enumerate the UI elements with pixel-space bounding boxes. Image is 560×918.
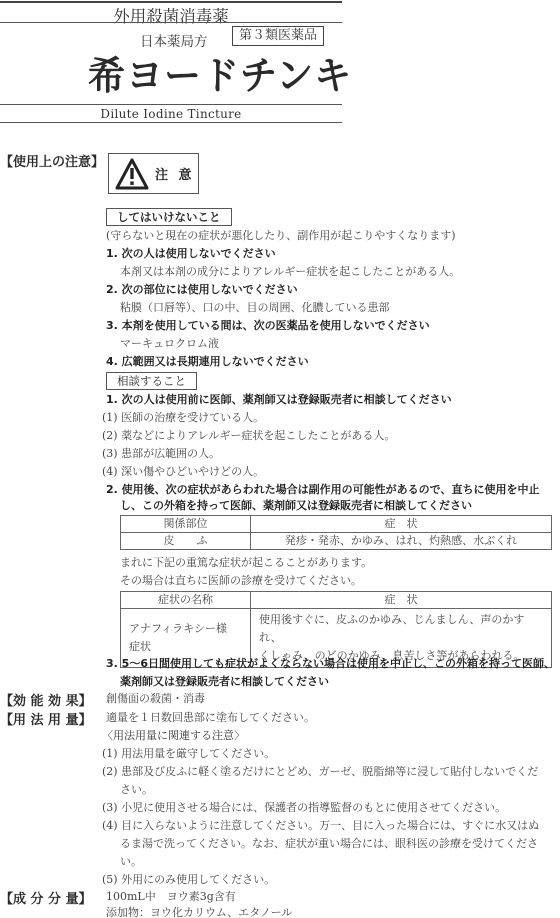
table-header-cell: 症状の名称 [121, 592, 251, 609]
prohibited-item-3-title: 3. 本剤を使用している間は、次の医薬品を使用しないでください [106, 318, 430, 333]
dosage-note-3: (3) 小児に使用させる場合には、保護者の指導監督のもとに使用させてください。 [102, 800, 506, 815]
prohibited-item-1-title: 1. 次の人は使用しないでください [106, 246, 276, 261]
table-header-row: 症状の名称 症 状 [121, 592, 552, 609]
consult-heading: 相談すること [106, 372, 197, 390]
caution-label: 注 意 [155, 164, 195, 183]
symptom-name-line2: 症状 [129, 638, 242, 656]
prohibited-note: (守らないと現在の症状が悪化したり、副作用が起こりやすくなります) [106, 228, 456, 243]
serious-note-line2: その場合は直ちに医師の診療を受けてください。 [120, 573, 362, 588]
efficacy-section-label: 【効 能 効 果】 [0, 690, 92, 709]
side-effects-table: 関係部位 症 状 皮 ふ 発疹・発赤、かゆみ、はれ、灼熱感、水ぶくれ [120, 515, 552, 550]
table-header-cell: 症 状 [251, 592, 552, 609]
consult-item-3-line1: 3. 5～6日間使用しても症状がよくならない場合は使用を中止し、この外箱を持って… [106, 656, 555, 671]
prohibited-heading: してはいけないこと [106, 208, 232, 226]
prohibited-item-1-detail: 本剤又は本剤の成分によりアレルギー症状を起こしたことがある人。 [120, 264, 460, 279]
efficacy-text: 創傷面の殺菌・消毒 [106, 691, 205, 706]
table-header-row: 関係部位 症 状 [121, 516, 552, 533]
prohibited-item-2-detail: 粘膜（口唇等）、口の中、目の周囲、化膿している患部 [120, 300, 390, 315]
table-cell: 発疹・発赤、かゆみ、はれ、灼熱感、水ぶくれ [251, 533, 552, 550]
product-category: 外用殺菌消毒薬 [0, 3, 342, 27]
dosage-note-4-line1: (4) 目に入らないように注意してください。万一、目に入った場合には、すぐに水又… [102, 818, 539, 833]
consult-item-2-title-line2: し、この外箱を持って医師、薬剤師又は登録販売者に相談してください [120, 498, 472, 513]
serious-note-line1: まれに下記の重篤な症状が起こることがあります。 [120, 555, 372, 570]
dosage-related-heading: 〈用法用量に関連する注意〉 [102, 728, 245, 743]
symptom-detail-line1: 使用後すぐに、皮ふのかゆみ、じんましん、声のかすれ、 [259, 611, 543, 647]
english-name: Dilute Iodine Tincture [0, 107, 342, 121]
table-header-cell: 関係部位 [121, 516, 251, 533]
prohibited-item-2-title: 2. 次の部位には使用しないでください [106, 282, 298, 297]
dosage-note-4-line3: い。 [120, 854, 142, 869]
symptom-name-line1: アナフィラキシー様 [129, 620, 242, 638]
english-name-top-rule [0, 104, 342, 105]
dosage-note-4-line2: るま湯で洗ってください。なお、症状が重い場合には、眼科医の診療を受けてくださ [120, 836, 538, 851]
ingredients-line2: 添加物：ヨウ化カリウム、エタノール [106, 905, 292, 918]
ingredients-line1: 100mL中 ヨウ素3g含有 [106, 889, 236, 904]
english-name-bottom-rule [0, 122, 342, 123]
dosage-section-label: 【用 法 用 量】 [0, 709, 92, 728]
consult-subitem-1: (1) 医師の治療を受けている人。 [102, 410, 264, 425]
table-cell: 皮 ふ [121, 533, 251, 550]
table-row: 皮 ふ 発疹・発赤、かゆみ、はれ、灼熱感、水ぶくれ [121, 533, 552, 550]
consult-subitem-4: (4) 深い傷やひどいやけどの人。 [102, 464, 264, 479]
consult-item-1-title: 1. 次の人は使用前に医師、薬剤師又は登録販売者に相談してください [106, 392, 452, 407]
category-rule [0, 22, 342, 23]
consult-item-2-title-line1: 2. 使用後、次の症状があらわれた場合は副作用の可能性があるので、直ちに使用を中… [106, 482, 539, 497]
dosage-text: 適量を１日数回患部に塗布してください。 [106, 710, 315, 725]
prohibited-item-4-title: 4. 広範囲又は長期連用しないでください [106, 354, 309, 369]
consult-subitem-2: (2) 薬などによりアレルギー症状を起こしたことがある人。 [102, 428, 395, 443]
dosage-note-2-line2: さい。 [120, 782, 153, 797]
dosage-note-2-line1: (2) 患部及び皮ふに軽く塗るだけにとどめ、ガーゼ、脱脂綿等に浸して貼付しないで… [102, 764, 538, 779]
precautions-section-label: 【使用上の注意】 [0, 151, 104, 170]
product-name: 希ヨードチンキ [88, 44, 352, 101]
dosage-note-5: (5) 外用にのみ使用してください。 [102, 872, 275, 887]
consult-item-3-line2: 薬剤師又は登録販売者に相談してください [120, 674, 329, 689]
ingredients-section-label: 【成 分 分 量】 [0, 888, 92, 907]
consult-subitem-3: (3) 患部が広範囲の人。 [102, 446, 220, 461]
prohibited-item-3-detail: マーキュロクロム液 [120, 336, 219, 351]
drug-class-badge: 第３類医薬品 [232, 26, 324, 46]
warning-triangle-icon [115, 158, 149, 190]
caution-badge: 注 意 [108, 153, 199, 194]
dosage-note-1: (1) 用法用量を厳守してください。 [102, 746, 275, 761]
table-header-cell: 症 状 [251, 516, 552, 533]
